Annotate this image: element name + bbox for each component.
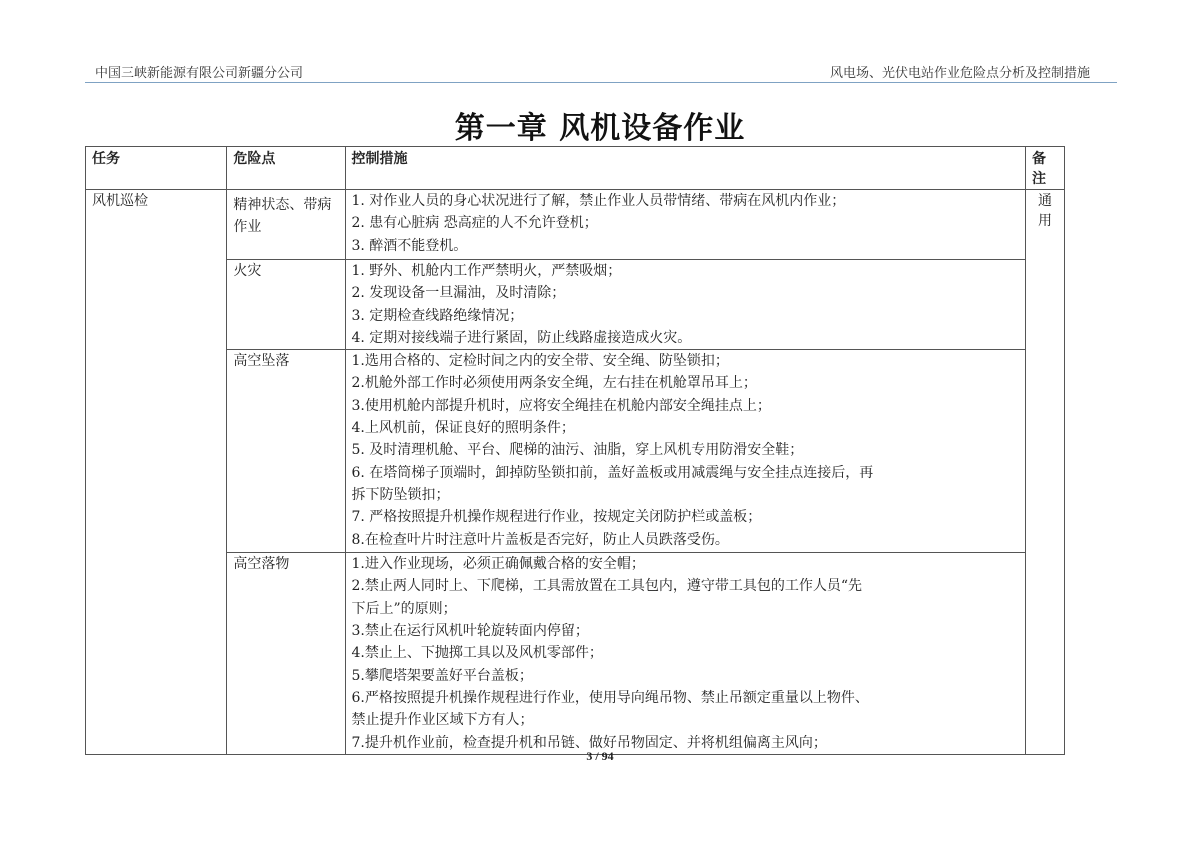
measure-item: 3. 定期检查线路绝缘情况； xyxy=(352,305,1019,327)
table-header-row: 任务 危险点 控制措施 备注 xyxy=(86,147,1065,190)
table-row: 高空落物 1.进入作业现场，必须正确佩戴合格的安全帽； 2.禁止两人同时上、下爬… xyxy=(86,553,1065,755)
chapter-title: 第一章 风机设备作业 xyxy=(0,103,1200,147)
measure-item: 4.禁止上、下抛掷工具以及风机零部件； xyxy=(352,642,1019,664)
measure-item: 5. 及时清理机舱、平台、爬梯的油污、油脂，穿上风机专用防滑安全鞋； xyxy=(352,439,1019,461)
task-cell: 风机巡检 xyxy=(86,190,227,755)
measure-item: 7. 严格按照提升机操作规程进行作业，按规定关闭防护栏或盖板； xyxy=(352,506,1019,528)
measure-item: 3. 醉酒不能登机。 xyxy=(352,235,1019,257)
table-row: 火灾 1. 野外、机舱内工作严禁明火，严禁吸烟； 2. 发现设备一旦漏油，及时清… xyxy=(86,260,1065,350)
hazard-cell: 高空落物 xyxy=(227,553,345,755)
column-header-task: 任务 xyxy=(86,147,227,190)
measure-item: 6. 在塔筒梯子顶端时，卸掉防坠锁扣前，盖好盖板或用减震绳与安全挂点连接后，再 xyxy=(352,462,1019,484)
table-row: 高空坠落 1.选用合格的、定检时间之内的安全带、安全绳、防坠锁扣； 2.机舱外部… xyxy=(86,350,1065,553)
hazard-control-table: 任务 危险点 控制措施 备注 风机巡检 精神状态、带病作业 1. 对作业人员的身… xyxy=(85,146,1065,755)
measure-item: 禁止提升作业区域下方有人； xyxy=(352,709,1019,731)
measures-cell: 1. 野外、机舱内工作严禁明火，严禁吸烟； 2. 发现设备一旦漏油，及时清除； … xyxy=(345,260,1025,350)
measure-item: 1.选用合格的、定检时间之内的安全带、安全绳、防坠锁扣； xyxy=(352,350,1019,372)
measure-item: 2.禁止两人同时上、下爬梯，工具需放置在工具包内，遵守带工具包的工作人员“先 xyxy=(352,575,1019,597)
note-label: 通用 xyxy=(1038,193,1052,229)
measure-item: 2. 发现设备一旦漏油，及时清除； xyxy=(352,282,1019,304)
measure-item: 2.机舱外部工作时必须使用两条安全绳，左右挂在机舱罩吊耳上； xyxy=(352,372,1019,394)
hazard-label: 精神状态、带病作业 xyxy=(233,197,331,235)
hazard-cell: 精神状态、带病作业 xyxy=(227,190,345,260)
header-divider xyxy=(85,82,1117,83)
measure-item: 3.使用机舱内部提升机时，应将安全绳挂在机舱内部安全绳挂点上； xyxy=(352,395,1019,417)
hazard-label: 火灾 xyxy=(233,263,261,279)
task-label: 风机巡检 xyxy=(92,193,148,209)
measure-item: 下后上”的原则； xyxy=(352,598,1019,620)
measure-item: 3.禁止在运行风机叶轮旋转面内停留； xyxy=(352,620,1019,642)
measures-cell: 1.选用合格的、定检时间之内的安全带、安全绳、防坠锁扣； 2.机舱外部工作时必须… xyxy=(345,350,1025,553)
measure-item: 5.攀爬塔架要盖好平台盖板； xyxy=(352,665,1019,687)
measure-item: 拆下防坠锁扣； xyxy=(352,484,1019,506)
hazard-cell: 高空坠落 xyxy=(227,350,345,553)
note-cell: 通用 xyxy=(1025,190,1064,755)
measure-item: 6.严格按照提升机操作规程进行作业，使用导向绳吊物、禁止吊额定重量以上物件、 xyxy=(352,687,1019,709)
measure-item: 4.上风机前，保证良好的照明条件； xyxy=(352,417,1019,439)
measure-item: 1. 野外、机舱内工作严禁明火，严禁吸烟； xyxy=(352,260,1019,282)
measure-item: 8.在检查叶片时注意叶片盖板是否完好，防止人员跌落受伤。 xyxy=(352,529,1019,551)
table-row: 风机巡检 精神状态、带病作业 1. 对作业人员的身心状况进行了解，禁止作业人员带… xyxy=(86,190,1065,260)
measure-item: 4. 定期对接线端子进行紧固，防止线路虚接造成火灾。 xyxy=(352,327,1019,349)
page-header-document-title: 风电场、光伏电站作业危险点分析及控制措施 xyxy=(830,62,1090,81)
page-header-company: 中国三峡新能源有限公司新疆分公司 xyxy=(95,62,303,81)
hazard-label: 高空落物 xyxy=(233,556,289,572)
measures-cell: 1. 对作业人员的身心状况进行了解，禁止作业人员带情绪、带病在风机内作业； 2.… xyxy=(345,190,1025,260)
measure-item: 1. 对作业人员的身心状况进行了解，禁止作业人员带情绪、带病在风机内作业； xyxy=(352,190,1019,212)
hazard-label: 高空坠落 xyxy=(233,353,289,369)
hazard-cell: 火灾 xyxy=(227,260,345,350)
column-header-measures: 控制措施 xyxy=(345,147,1025,190)
column-header-hazard: 危险点 xyxy=(227,147,345,190)
column-header-note: 备注 xyxy=(1025,147,1064,190)
measure-item: 2. 患有心脏病 恐高症的人不允许登机； xyxy=(352,212,1019,234)
measures-cell: 1.进入作业现场，必须正确佩戴合格的安全帽； 2.禁止两人同时上、下爬梯，工具需… xyxy=(345,553,1025,755)
measure-item: 1.进入作业现场，必须正确佩戴合格的安全帽； xyxy=(352,553,1019,575)
page-number: 3 / 94 xyxy=(0,749,1200,764)
